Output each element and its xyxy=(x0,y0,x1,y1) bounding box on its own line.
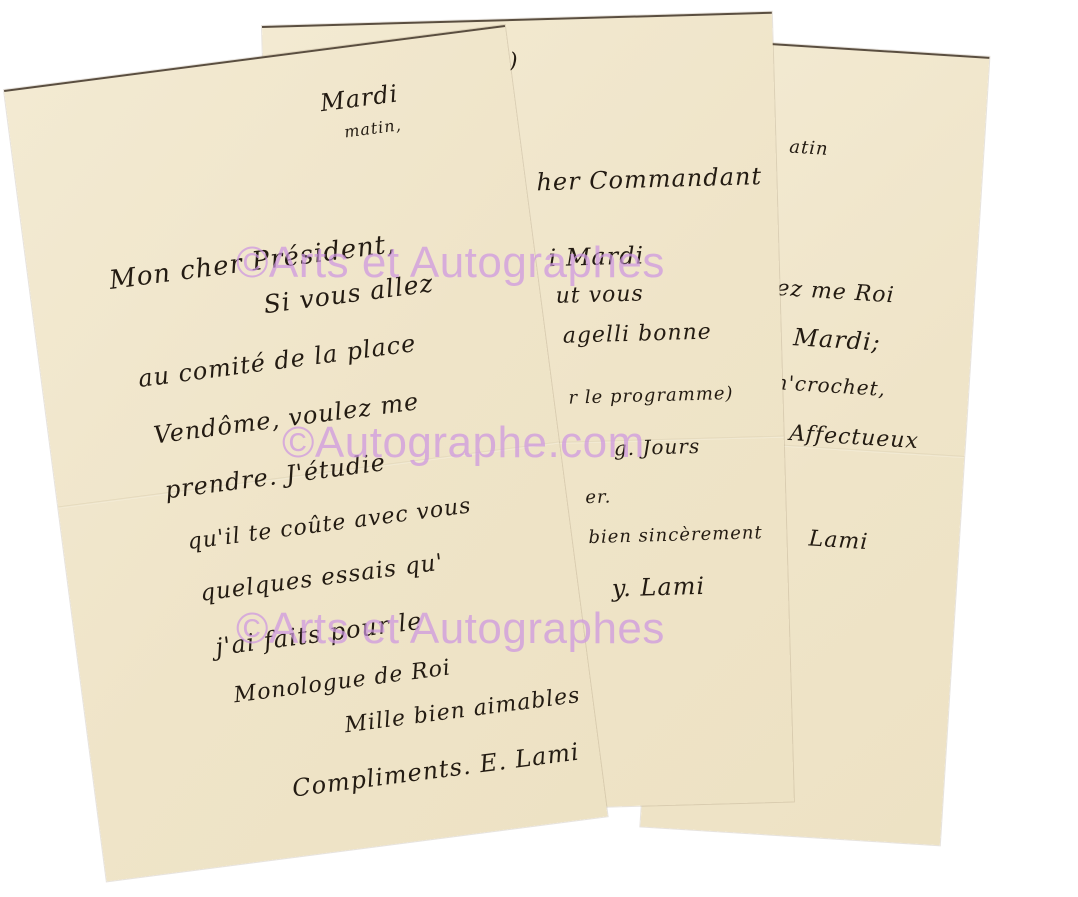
watermark-top: ©Arts et Autographes xyxy=(236,238,665,288)
handwriting-line: bien sincèrement xyxy=(588,522,763,548)
closing-line: Mille bien aimables xyxy=(343,683,582,738)
handwriting-line: atin xyxy=(789,136,830,159)
handwriting-line: agelli bonne xyxy=(562,320,712,349)
handwriting-line: er. xyxy=(585,486,612,508)
handwriting-line: quelques essais qu' xyxy=(199,549,445,606)
watermark-middle: ©Autographe.com xyxy=(282,418,645,468)
dateline-day: Mardi xyxy=(319,79,400,117)
handwriting-line: ez me Roi xyxy=(776,276,896,308)
signature: Compliments. E. Lami xyxy=(291,738,582,803)
handwriting-line: Mardi; xyxy=(793,323,882,356)
signature: y. Lami xyxy=(611,572,705,603)
watermark-bottom: ©Arts et Autographes xyxy=(236,604,665,654)
signature: Lami xyxy=(808,526,869,555)
dateline-time: matin, xyxy=(343,115,403,141)
handwriting-line: r le programme) xyxy=(568,383,734,409)
handwriting-line: au comité de la place xyxy=(137,329,418,393)
handwriting-line: her Commandant xyxy=(536,162,762,196)
handwriting-line: m'crochet, xyxy=(768,370,887,401)
handwriting-line: qu'il te coûte avec vous xyxy=(186,493,473,555)
handwriting-line: Affectueux xyxy=(789,421,920,454)
handwriting-line: Monologue de Roi xyxy=(232,655,452,708)
